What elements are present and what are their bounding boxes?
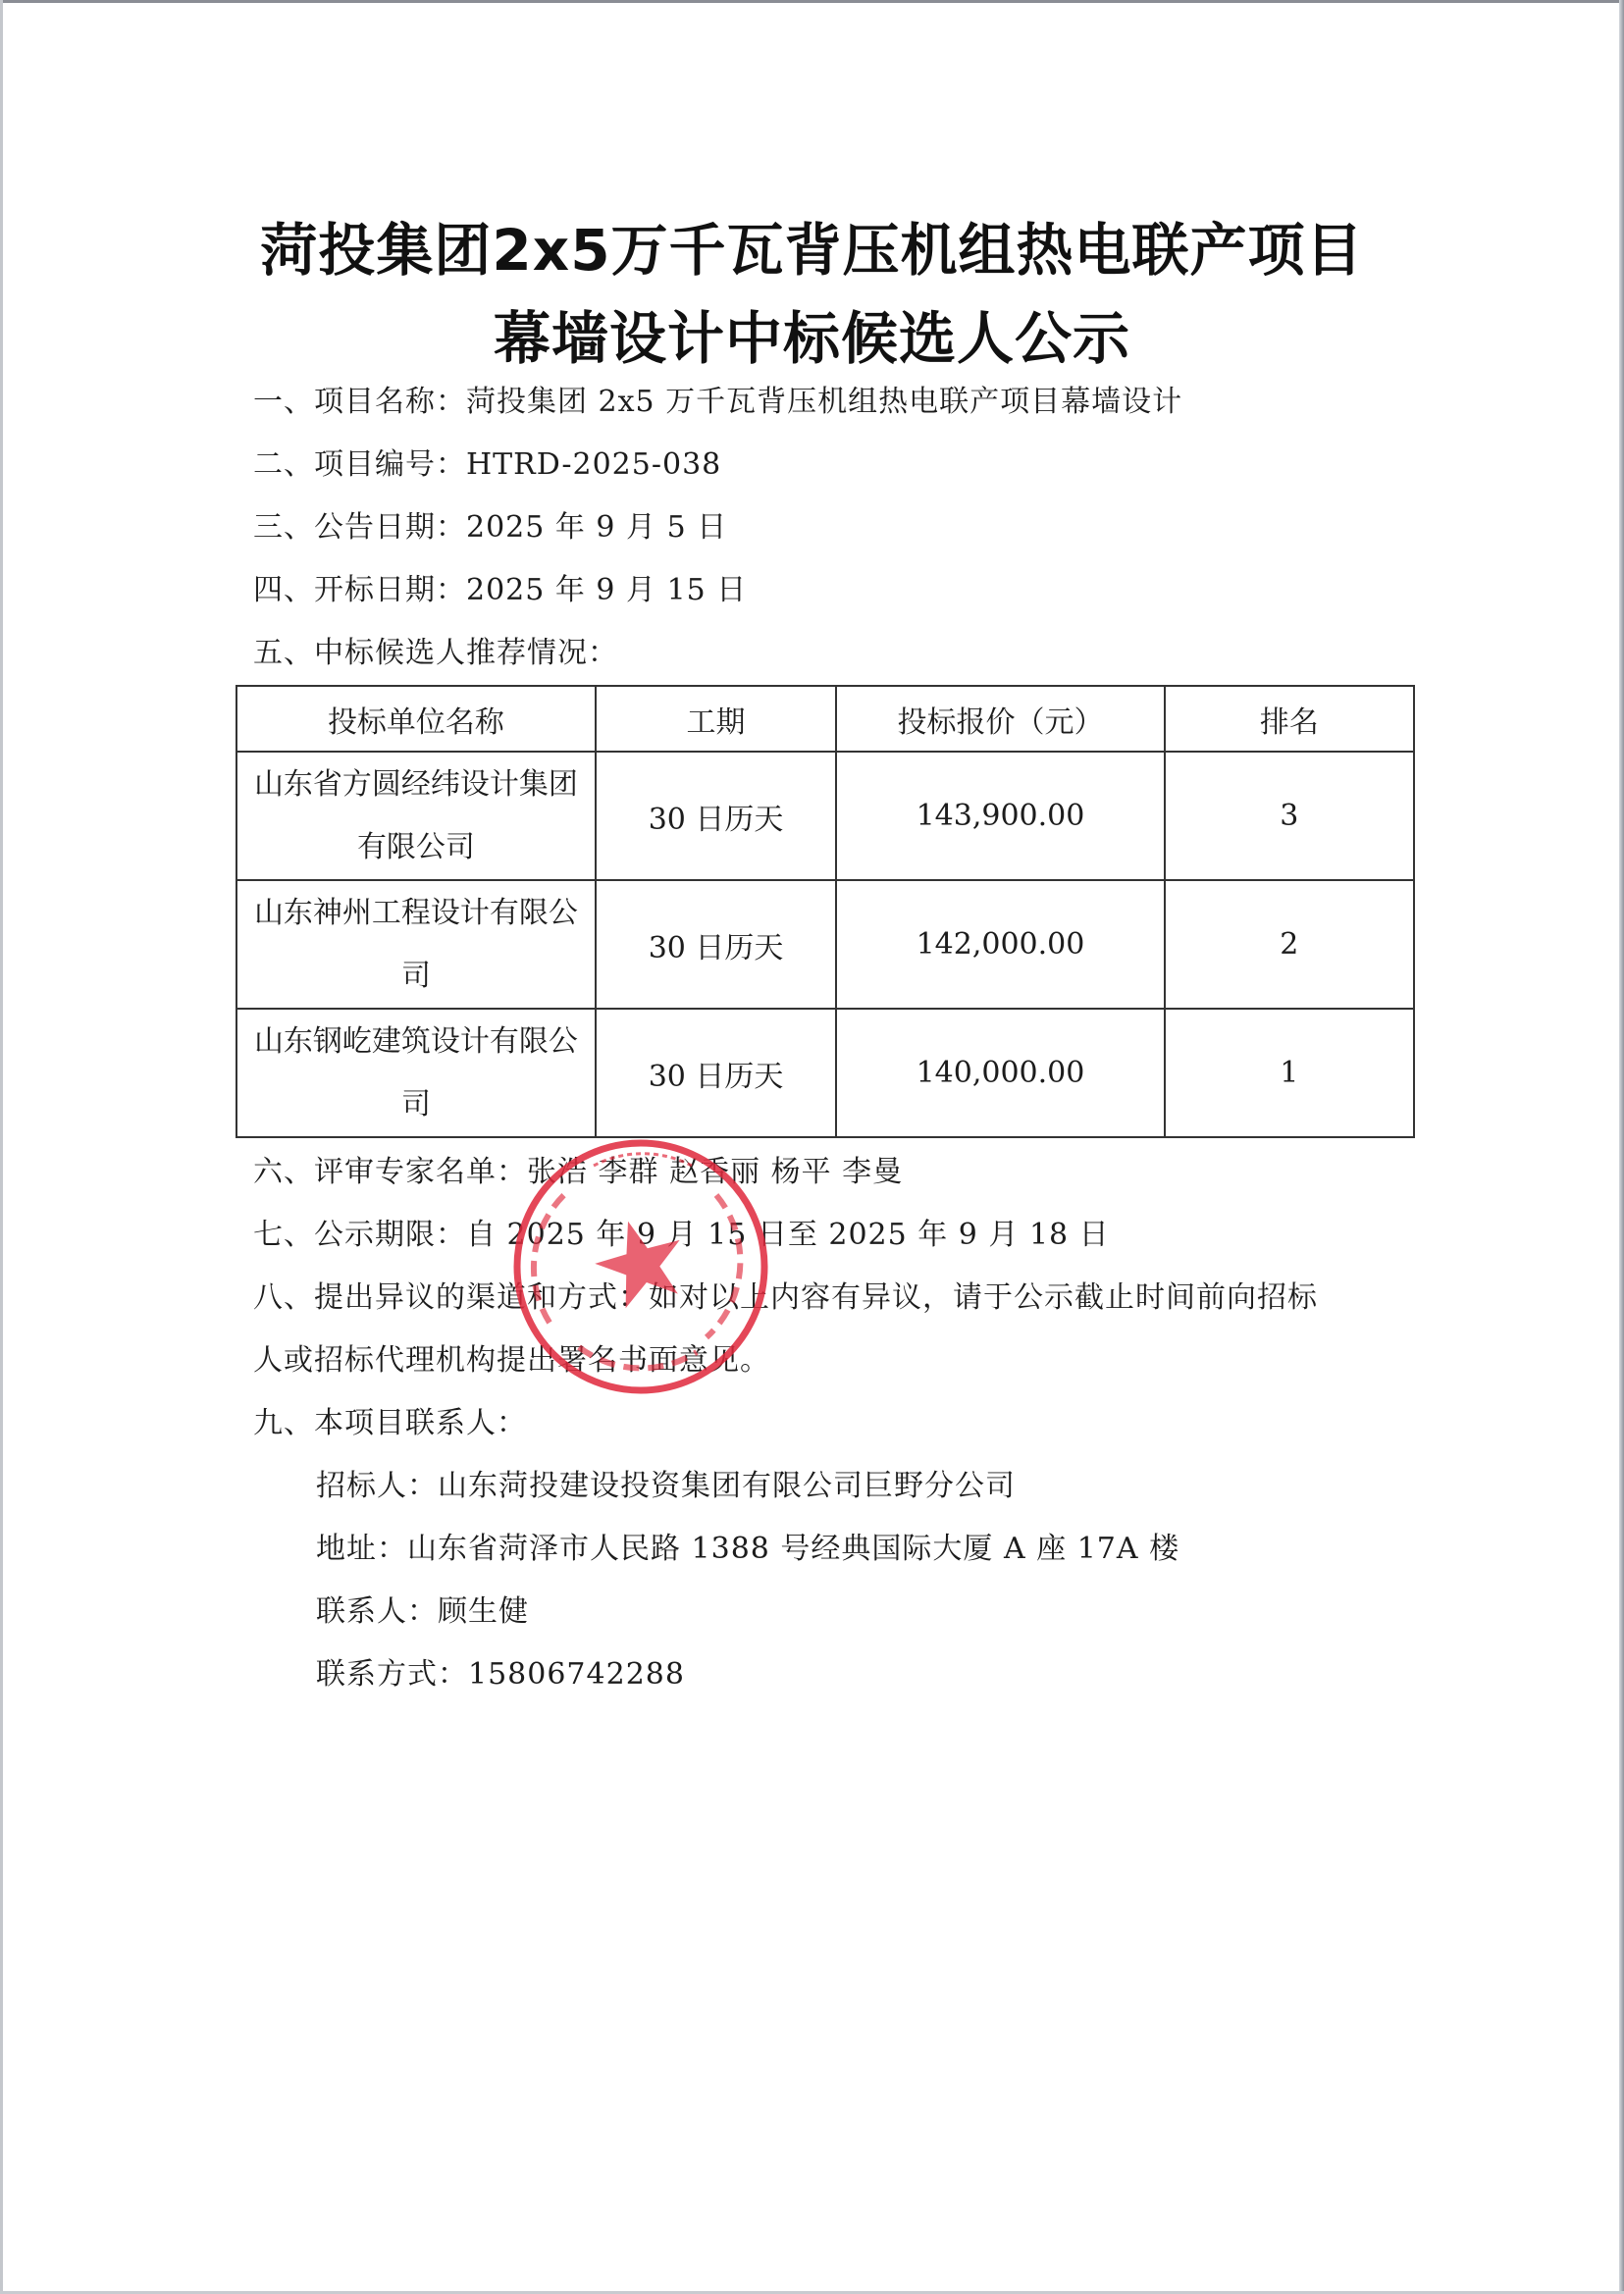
cell-rank: 2 <box>1165 880 1414 1009</box>
contact-heading: 九、本项目联系人： <box>253 1404 527 1443</box>
open-date: 四、开标日期：2025 年 9 月 15 日 <box>253 571 747 610</box>
header-rank: 排名 <box>1165 686 1414 752</box>
header-period: 工期 <box>596 686 836 752</box>
scan-edge-top <box>0 0 1624 3</box>
document-title-line-2: 幕墙设计中标候选人公示 <box>0 292 1624 375</box>
cell-price: 140,000.00 <box>836 1009 1164 1137</box>
objection-text-2: 人或招标代理机构提出署名书面意见。 <box>253 1341 770 1381</box>
announce-date: 三、公告日期：2025 年 9 月 5 日 <box>253 508 727 547</box>
cell-period: 30 日历天 <box>596 880 836 1009</box>
cell-unit: 山东神州工程设计有限公司 <box>236 880 596 1009</box>
header-unit: 投标单位名称 <box>236 686 596 752</box>
candidates-table: 投标单位名称 工期 投标报价（元） 排名 山东省方圆经纬设计集团有限公司 30 … <box>236 685 1415 1138</box>
address: 地址：山东省菏泽市人民路 1388 号经典国际大厦 A 座 17A 楼 <box>316 1530 1179 1569</box>
table-row: 山东省方圆经纬设计集团有限公司 30 日历天 143,900.00 3 <box>236 752 1414 880</box>
project-name: 一、项目名称：菏投集团 2x5 万千瓦背压机组热电联产项目幕墙设计 <box>253 383 1182 422</box>
cell-price: 142,000.00 <box>836 880 1164 1009</box>
cell-unit: 山东省方圆经纬设计集团有限公司 <box>236 752 596 880</box>
candidates-heading: 五、中标候选人推荐情况： <box>253 634 618 673</box>
header-price: 投标报价（元） <box>836 686 1164 752</box>
cell-unit: 山东钢屹建筑设计有限公司 <box>236 1009 596 1137</box>
project-code: 二、项目编号：HTRD-2025-038 <box>253 445 721 485</box>
publicity-period: 七、公示期限：自 2025 年 9 月 15 日至 2025 年 9 月 18 … <box>253 1216 1110 1255</box>
cell-period: 30 日历天 <box>596 1009 836 1137</box>
cell-period: 30 日历天 <box>596 752 836 880</box>
table-row: 山东钢屹建筑设计有限公司 30 日历天 140,000.00 1 <box>236 1009 1414 1137</box>
cell-rank: 1 <box>1165 1009 1414 1137</box>
cell-rank: 3 <box>1165 752 1414 880</box>
table-header-row: 投标单位名称 工期 投标报价（元） 排名 <box>236 686 1414 752</box>
contact-phone: 联系方式：15806742288 <box>316 1655 685 1694</box>
tenderer: 招标人：山东菏投建设投资集团有限公司巨野分公司 <box>316 1467 1016 1506</box>
contact-person: 联系人：顾生健 <box>316 1592 529 1632</box>
experts-list: 六、评审专家名单：张浩 李群 赵香丽 杨平 李曼 <box>253 1153 903 1192</box>
objection-text-1: 八、提出异议的渠道和方式：如对以上内容有异议，请于公示截止时间前向招标 <box>253 1278 1318 1318</box>
table-row: 山东神州工程设计有限公司 30 日历天 142,000.00 2 <box>236 880 1414 1009</box>
cell-price: 143,900.00 <box>836 752 1164 880</box>
document-title-line-1: 菏投集团2x5万千瓦背压机组热电联产项目 <box>0 204 1624 287</box>
